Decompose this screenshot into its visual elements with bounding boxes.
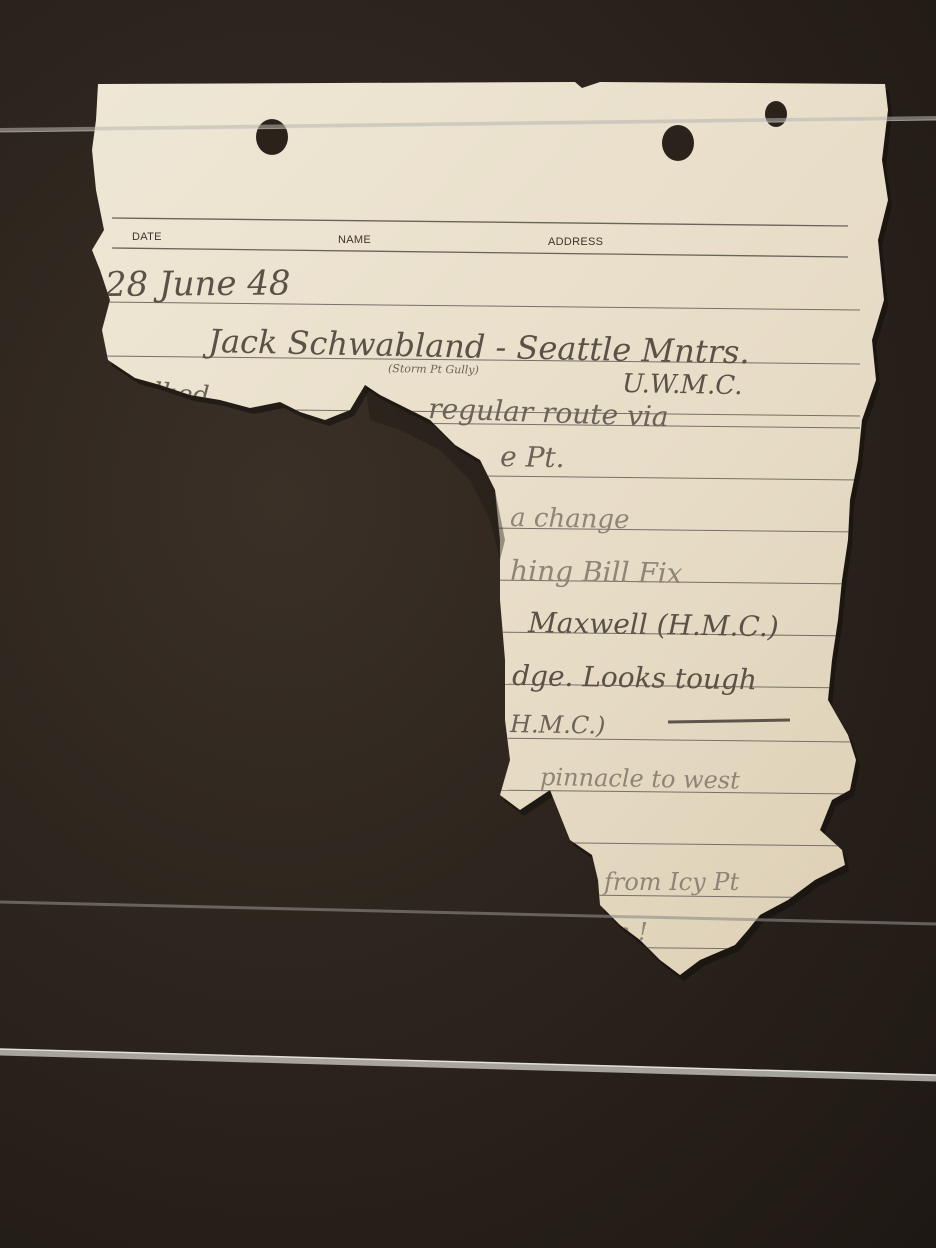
- register-entry: 28 June 48: [104, 263, 291, 305]
- register-entry: a change: [510, 503, 630, 535]
- register-entry: n !: [615, 918, 648, 946]
- header-name: NAME: [338, 234, 371, 246]
- register-entry: hing Bill Fix: [510, 554, 683, 590]
- binder-hole: [765, 101, 787, 127]
- crossed-out-word: [668, 720, 790, 722]
- photo-scene: DATE NAME ADDRESS 28 June 48Jack Schwabl…: [0, 0, 936, 1248]
- register-entry: pinnacle to west: [540, 763, 740, 794]
- header-date: DATE: [132, 231, 162, 243]
- register-entry: Maxwell (H.M.C.): [527, 606, 779, 643]
- register-entry: walked: [115, 375, 211, 411]
- rule-line: [100, 942, 860, 950]
- binder-hole: [662, 125, 694, 161]
- register-entry: e Pt.: [500, 440, 565, 474]
- register-entry: U.W.M.C.: [622, 369, 743, 401]
- torn-register-page: [92, 82, 888, 975]
- register-entry: from Icy Pt: [602, 868, 739, 896]
- register-entry: dge. Looks tough: [512, 659, 757, 696]
- header-address: ADDRESS: [548, 236, 603, 248]
- register-entry: H.M.C.): [509, 710, 606, 740]
- register-entry: (Storm Pt Gully): [388, 362, 479, 377]
